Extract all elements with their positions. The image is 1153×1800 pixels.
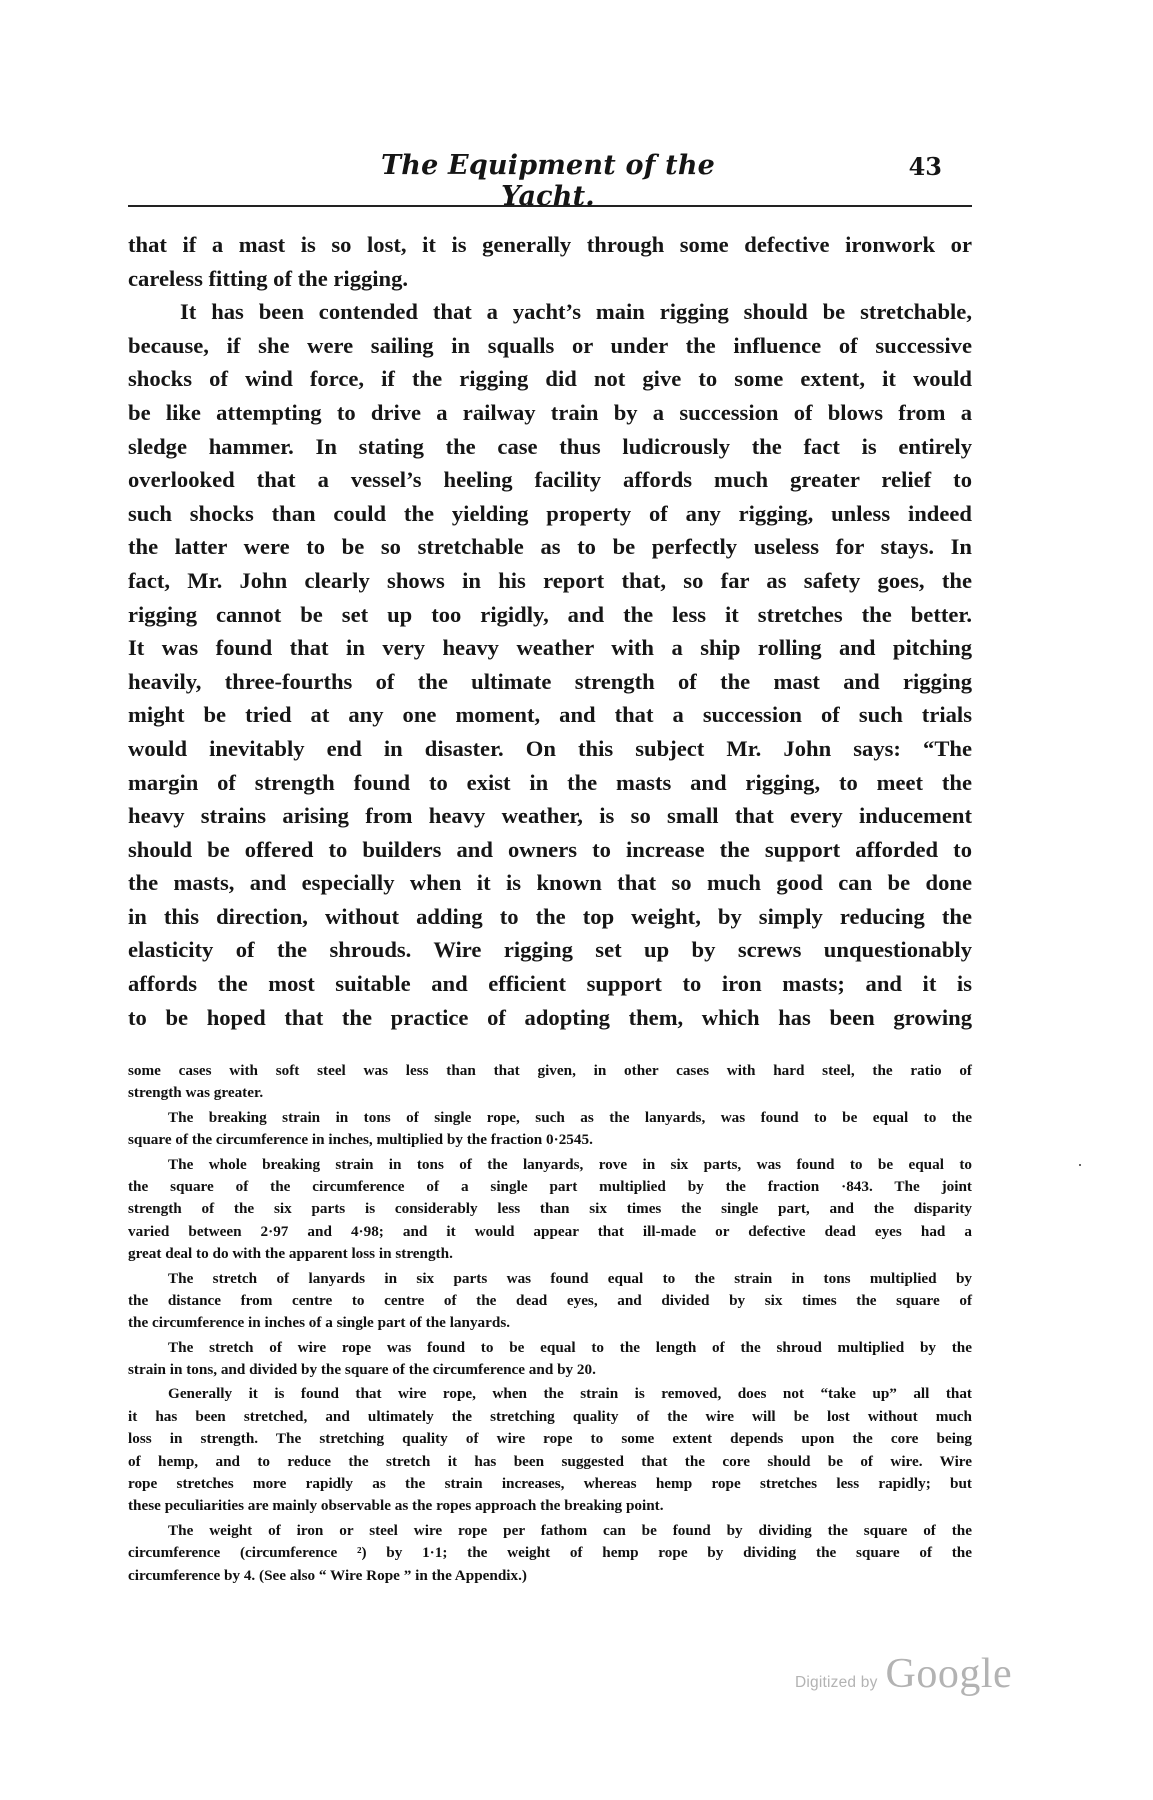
text-line: shocks of wind force, if the rigging did… <box>128 362 972 396</box>
footnote-line: The breaking strain in tons of single ro… <box>128 1107 972 1129</box>
text-line: would inevitably end in disaster. On thi… <box>128 732 972 766</box>
text-line: careless fitting of the rigging. <box>128 262 972 296</box>
footnote-line: strain in tons, and divided by the squar… <box>128 1359 972 1381</box>
footnote-line: the circumference in inches of a single … <box>128 1312 972 1334</box>
text-line: elasticity of the shrouds. Wire rigging … <box>128 933 972 967</box>
footnote-line: great deal to do with the apparent loss … <box>128 1243 972 1265</box>
running-title: The Equipment of the Yacht. <box>333 150 763 212</box>
footnote-line: the square of the circumference of a sin… <box>128 1176 972 1198</box>
text-line: affords the most suitable and efficient … <box>128 967 972 1001</box>
text-line: be like attempting to drive a railway tr… <box>128 396 972 430</box>
footnote-line: Generally it is found that wire rope, wh… <box>128 1383 972 1405</box>
text-line: because, if she were sailing in squalls … <box>128 329 972 363</box>
footnote-line: strength was greater. <box>128 1082 972 1104</box>
text-line: in this direction, without adding to the… <box>128 900 972 934</box>
text-line: margin of strength found to exist in the… <box>128 766 972 800</box>
digitized-by-label: Digitized by <box>795 1674 878 1691</box>
footnote-line: loss in strength. The stretching quality… <box>128 1428 972 1450</box>
text-line: rigging cannot be set up too rigidly, an… <box>128 598 972 632</box>
footnote-line: the distance from centre to centre of th… <box>128 1290 972 1312</box>
footnote-line: rope stretches more rapidly as the strai… <box>128 1473 972 1495</box>
text-line: the masts, and especially when it is kno… <box>128 866 972 900</box>
text-line: overlooked that a vessel’s heeling facil… <box>128 463 972 497</box>
text-line: such shocks than could the yielding prop… <box>128 497 972 531</box>
footnote-line: varied between 2·97 and 4·98; and it wou… <box>128 1221 972 1243</box>
text-line: fact, Mr. John clearly shows in his repo… <box>128 564 972 598</box>
footnote-line: it has been stretched, and ultimately th… <box>128 1406 972 1428</box>
google-watermark: Digitized by Google <box>795 1650 1012 1710</box>
text-line: It has been contended that a yacht’s mai… <box>128 295 972 329</box>
footnote-line: circumference (circumference ²) by 1·1; … <box>128 1542 972 1564</box>
header-rule <box>128 205 972 207</box>
footnote-line: these peculiarities are mainly observabl… <box>128 1495 972 1517</box>
footnote-line: The stretch of wire rope was found to be… <box>128 1337 972 1359</box>
footnote-line: strength of the six parts is considerabl… <box>128 1198 972 1220</box>
text-line: heavy strains arising from heavy weather… <box>128 799 972 833</box>
text-line: sledge hammer. In stating the case thus … <box>128 430 972 464</box>
footnote-line: of hemp, and to reduce the stretch it ha… <box>128 1451 972 1473</box>
footnote-line: square of the circumference in inches, m… <box>128 1129 972 1151</box>
page-number: 43 <box>909 152 942 181</box>
footnote-line: circumference by 4. (See also “ Wire Rop… <box>128 1565 972 1587</box>
text-line: the latter were to be so stretchable as … <box>128 530 972 564</box>
text-line: to be hoped that the practice of adoptin… <box>128 1001 972 1035</box>
scan-speck <box>1079 1164 1081 1166</box>
main-text: that if a mast is so lost, it is general… <box>128 228 972 1034</box>
footnotes: some cases with soft steel was less than… <box>128 1060 972 1587</box>
running-head: The Equipment of the Yacht. 43 <box>128 150 972 196</box>
footnote-line: some cases with soft steel was less than… <box>128 1060 972 1082</box>
footnote-line: The stretch of lanyards in six parts was… <box>128 1268 972 1290</box>
footnote-line: The whole breaking strain in tons of the… <box>128 1154 972 1176</box>
text-line: should be offered to builders and owners… <box>128 833 972 867</box>
footnote-line: The weight of iron or steel wire rope pe… <box>128 1520 972 1542</box>
book-page: The Equipment of the Yacht. 43 that if a… <box>0 0 1153 1800</box>
text-line: It was found that in very heavy weather … <box>128 631 972 665</box>
text-line: that if a mast is so lost, it is general… <box>128 228 972 262</box>
google-logo-text: Google <box>886 1651 1013 1697</box>
text-line: heavily, three-fourths of the ultimate s… <box>128 665 972 699</box>
text-line: might be tried at any one moment, and th… <box>128 698 972 732</box>
